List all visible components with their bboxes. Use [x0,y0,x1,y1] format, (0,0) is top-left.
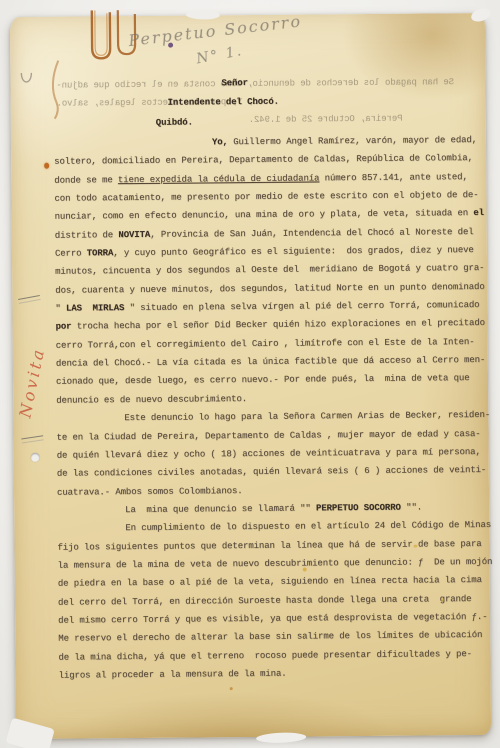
rust-speck [44,163,49,169]
typed-line: cionado que, desde luego, es cerro nuevo… [56,369,486,391]
staple-mark [18,295,41,304]
bleed-through-line: Se han pagado los derechos de denuncio, … [56,77,454,90]
typed-line: de las condiciones civiles anotadas, qui… [57,461,487,483]
typed-line: ligros al proceder a la mensura de la mi… [59,663,489,685]
punch-hole [31,453,40,462]
handwritten-number: N° 1. [195,43,244,67]
bleed-through-line: Pereira, Octubre 25 de 1.942. [249,114,403,125]
typed-line: de la mina dicha, yá que el terreno roco… [58,645,488,667]
salutation-title: Señor [221,78,248,88]
pencil-mark [18,71,36,91]
paper-sheet: Perpetuo Socorro N° 1. Se han pagado los… [10,13,491,739]
torn-edge [469,6,492,24]
torn-edge [186,10,220,20]
torn-edge [256,732,306,744]
photo-backdrop: Perpetuo Socorro N° 1. Se han pagado los… [0,0,500,748]
margin-note: Novita [8,313,55,451]
city: Quibdó. [156,117,193,127]
stain-speck [303,568,307,572]
addressee: Intendente del Chocó. [168,97,279,108]
ink-dot [168,43,173,48]
stain-speck [230,687,233,690]
stain-speck [441,598,444,601]
torn-corner [5,718,54,748]
stain-speck [413,545,417,548]
typed-body: Yo, Guillermo Angel Ramírez, varón, mayo… [54,131,489,685]
